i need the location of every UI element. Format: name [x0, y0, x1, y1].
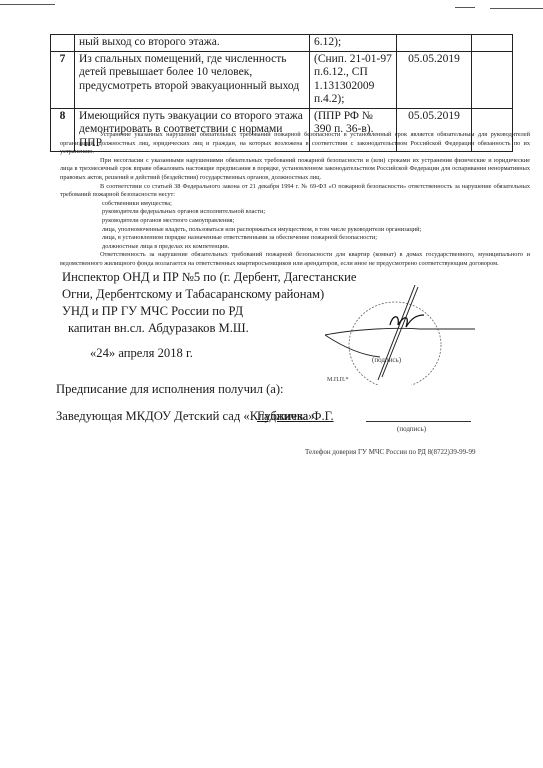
receiver-signature-line [366, 421, 471, 422]
inspector-line-2: Огни, Дербентскому и Табасаранскому райо… [62, 286, 324, 303]
regulation-reference: (Снип. 21-01-97 п.6.12., СП 1.131302009 … [310, 51, 397, 108]
issue-date: «24» апреля 2018 г. [90, 345, 193, 362]
mark-cell [472, 51, 513, 108]
inspector-line-3: УНД и ПР ГУ МЧС России по РД [62, 303, 243, 320]
scan-mark [490, 8, 543, 9]
legal-paragraph-remedy: Устранение указанных нарушений обязатель… [60, 131, 530, 157]
responsible-item: руководители федеральных органов исполни… [60, 208, 530, 217]
stamp-and-signature-icon [320, 285, 480, 385]
scan-mark [455, 7, 475, 8]
inspector-line-1: Инспектор ОНД и ПР №5 по (г. Дербент, Да… [62, 269, 356, 286]
receiver-name: Гаджиева Ф.Г. [257, 408, 334, 425]
row-number [51, 35, 75, 52]
signature-caption: (подпись) [372, 356, 401, 364]
responsible-item: собственники имущества; [60, 200, 530, 209]
deadline-date [397, 35, 472, 52]
stamp-caption: М.П.П.* [327, 377, 349, 383]
responsible-item: должностные лица в пределах их компетенц… [60, 243, 530, 252]
deadline-date: 05.05.2019 [397, 51, 472, 108]
scan-mark [0, 4, 55, 5]
legal-text: Устранение указанных нарушений обязатель… [60, 131, 530, 269]
mark-cell [472, 35, 513, 52]
responsible-item: лица, уполномоченные владеть, пользовать… [60, 226, 530, 235]
responsible-item: лица, в установленном порядке назначенны… [60, 234, 530, 243]
row-number: 7 [51, 51, 75, 108]
legal-paragraph-housing: Ответственность за нарушение обязательны… [60, 251, 530, 268]
violation-description: Из спальных помещений, где численность д… [75, 51, 310, 108]
violation-description: ный выход со второго этажа. [75, 35, 310, 52]
hotline-phone: Телефон доверия ГУ МЧС России по РД 8(87… [305, 448, 476, 456]
responsible-item: руководители органов местного самоуправл… [60, 217, 530, 226]
legal-paragraph-responsibility: В соответствии со статьей 38 Федеральног… [60, 183, 530, 200]
table-row: 7 Из спальных помещений, где численность… [51, 51, 513, 108]
table-row: ный выход со второго этажа. 6.12); [51, 35, 513, 52]
regulation-reference: 6.12); [310, 35, 397, 52]
receipt-label: Предписание для исполнения получил (а): [56, 381, 284, 398]
legal-paragraph-appeal: При несогласии с указанными нарушениями … [60, 157, 530, 183]
receiver-signature-caption: (подпись) [397, 425, 426, 433]
inspector-rank-name: капитан вн.сл. Абдуразаков М.Ш. [68, 320, 249, 337]
